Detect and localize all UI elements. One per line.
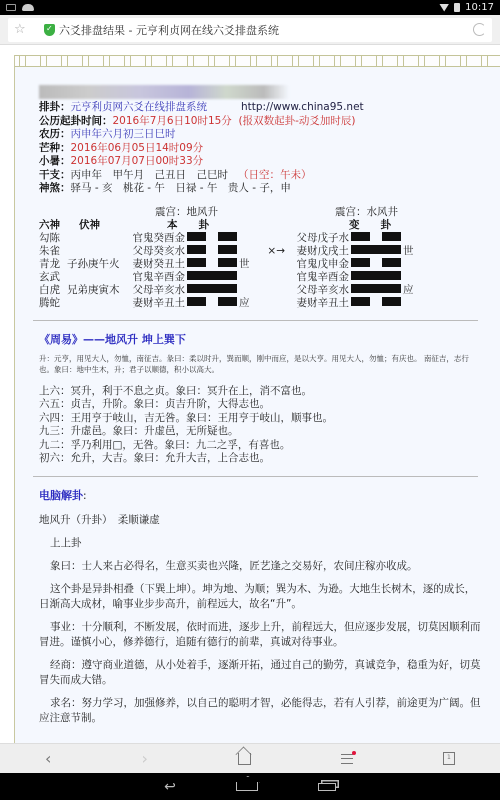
bian-yao: 妻财戊戌土 (285, 245, 349, 258)
jiegua-section: 地风升（升卦） 柔顺谦虚 上上卦 象曰：士人来占必得名，生意买卖也兴隆，匠艺逢之… (39, 513, 484, 726)
liushen: 白虎 (39, 284, 67, 297)
ben-yao: 妻财癸丑土 (127, 258, 185, 271)
moving-line-arrow (263, 297, 285, 310)
jiegua-heading: 电脑解卦: (39, 487, 486, 503)
yin-line-icon (187, 232, 237, 241)
hexagram-table: 震宫：地风升 震宫：水风井 六神 伏神 本 卦 变 卦 勾陈官鬼癸酉金父母戊子水… (39, 206, 486, 310)
battery-icon (454, 3, 460, 12)
jiegua-paragraph: 事业：十分顺利，不断发展，依时而进，逐步上升，前程远大，但应逐步发展，切莫因顺利… (39, 620, 484, 650)
yin-line-icon (187, 245, 237, 254)
hexagram-line-row: 腾蛇妻财辛丑土应妻财辛丑土 (39, 297, 486, 310)
shi-ying-mark (237, 284, 263, 297)
bookmark-star-icon[interactable]: ☆ (14, 22, 34, 37)
yin-line-icon (351, 232, 401, 241)
forward-button[interactable]: › (141, 749, 147, 768)
yao-line: 九三：升虚邑。象曰：升虚邑，无所疑也。 (39, 425, 486, 439)
content: 排卦：元亨利贞网六爻在线排盘系统http://www.china95.net 公… (39, 85, 486, 734)
back-button[interactable]: ‹ (45, 749, 51, 768)
paigua-row: 排卦：元亨利贞网六爻在线排盘系统http://www.china95.net (39, 101, 486, 115)
liushen: 朱雀 (39, 245, 67, 258)
jiegua-paragraph: 象曰：士人来占必得名，生意买卖也兴隆，匠艺逢之交易好，农间庄稼亦收成。 (39, 559, 484, 574)
bian-yao: 官鬼辛酉金 (285, 271, 349, 284)
shi-ying-mark: 世 (237, 258, 263, 271)
ganzhi-row: 干支：丙申年 甲午月 己丑日 己巳时 （日空：午未） (39, 169, 486, 183)
reload-icon[interactable] (473, 23, 486, 36)
fushen: 子孙庚午火 (67, 258, 127, 271)
bian-yao: 父母辛亥水 (285, 284, 349, 297)
status-bar: 10:17 (0, 0, 500, 15)
gongli-note: (报双数起卦-动爻加时辰) (239, 115, 356, 127)
fret-border (15, 55, 500, 67)
jiegua-paragraph: 求名：努力学习，加强修养，以自己的聪明才智，必能得志，若有人引荐，前途更为广阔。… (39, 696, 484, 726)
shi-ying-mark (401, 297, 415, 310)
ben-yao: 官鬼癸酉金 (127, 232, 185, 245)
mangzhong-row: 芒种：2016年06月05日14时09分 (39, 142, 486, 156)
shi-ying-mark: 世 (401, 245, 415, 258)
shi-ying-mark (401, 258, 415, 271)
shi-ying-mark: 应 (401, 284, 415, 297)
tabs-icon[interactable]: 1 (443, 752, 455, 765)
fushen (67, 245, 127, 258)
nongli-row: 农历：丙申年六月初三日巳时 (39, 128, 486, 142)
shi-ying-mark (237, 271, 263, 284)
yao-line: 六四：王用亨于岐山，吉无咎。象曰：王用亨于岐山，顺事也。 (39, 412, 486, 426)
hexagram-line-row: 朱雀父母癸亥水×→妻财戊戌土世 (39, 245, 486, 258)
fushen (67, 232, 127, 245)
fushen: 兄弟庚寅木 (67, 284, 127, 297)
shensha-row: 神煞：驿马 - 亥 桃花 - 午 日禄 - 午 贵人 - 子，申 (39, 182, 486, 196)
clock: 10:17 (465, 2, 494, 13)
shi-ying-mark (237, 232, 263, 245)
url-field[interactable]: ☆ 六爻排盘结果 - 元亨利贞网在线六爻排盘系统 (8, 18, 492, 42)
ben-yao: 父母癸亥水 (127, 245, 185, 258)
moving-line-arrow (263, 271, 285, 284)
yin-line-icon (351, 258, 401, 267)
notification-icon (6, 4, 16, 11)
yao-line: 上六：冥升，利于不息之贞。象曰：冥升在上，消不富也。 (39, 385, 486, 399)
shi-ying-mark (401, 271, 415, 284)
android-nav-bar: ↩ (0, 773, 500, 800)
rikong: （日空：午未） (238, 169, 312, 181)
yao-line: 九二：孚乃利用□，无咎。象曰：九二之孚，有喜也。 (39, 439, 486, 453)
browser-toolbar: ‹ › 1 (0, 743, 500, 773)
zhouyi-summary: 升：元亨，用见大人，勿恤，南征吉。彖曰：柔以时升，巽而顺，刚中而应，是以大亨。用… (39, 353, 479, 375)
fushen (67, 297, 127, 310)
yao-line: 初六：允升，大吉。象曰：允升大吉，上合志也。 (39, 452, 486, 466)
yang-line-icon (187, 284, 237, 293)
yang-line-icon (351, 245, 401, 254)
content-frame: 排卦：元亨利贞网六爻在线排盘系统http://www.china95.net 公… (14, 55, 500, 743)
hexagram-line-row: 青龙子孙庚午火妻财癸丑土世官鬼戊申金 (39, 258, 486, 271)
ben-yao: 父母辛亥水 (127, 284, 185, 297)
yao-list: 上六：冥升，利于不息之贞。象曰：冥升在上，消不富也。 六五：贞吉，升阶。象曰：贞… (39, 385, 486, 466)
gongli-row: 公历起卦时间：2016年7月6日10时15分 (报双数起卦-动爻加时辰) (39, 115, 486, 129)
menu-icon[interactable] (341, 754, 353, 764)
home-icon[interactable] (238, 753, 251, 765)
yin-line-icon (187, 297, 237, 306)
divider (33, 476, 478, 477)
fushen (67, 271, 127, 284)
jiegua-paragraph: 经商：遵守商业道德，从小处着手，逐渐开拓，通过自己的勤劳，真诚竞争，稳重为好，切… (39, 658, 484, 688)
jiegua-name: 地风升（升卦） 柔顺谦虚 (39, 513, 484, 528)
wifi-icon (439, 4, 449, 12)
hexagram-line-row: 玄武官鬼辛酉金官鬼辛酉金 (39, 271, 486, 284)
yang-line-icon (351, 284, 401, 293)
moving-line-arrow: ×→ (263, 245, 285, 258)
jiegua-paragraph: 这个卦是异卦相叠（下巽上坤）。坤为地、为顺；巽为木、为逊。大地生长树木，逐的成长… (39, 582, 484, 612)
liushen: 玄武 (39, 271, 67, 284)
android-recents-icon[interactable] (318, 783, 336, 791)
liushen: 勾陈 (39, 232, 67, 245)
bian-yao: 官鬼戊申金 (285, 258, 349, 271)
liushen: 青龙 (39, 258, 67, 271)
shi-ying-mark (401, 232, 415, 245)
zhouyi-title: 《周易》——地风升 坤上巽下 (39, 331, 486, 347)
moving-line-arrow (263, 284, 285, 297)
bian-yao: 父母戊子水 (285, 232, 349, 245)
paigua-system-link[interactable]: 元亨利贞网六爻在线排盘系统 (71, 101, 208, 113)
yang-line-icon (351, 271, 401, 280)
ben-yao: 官鬼辛酉金 (127, 271, 185, 284)
moving-line-arrow (263, 258, 285, 271)
moving-line-arrow (263, 232, 285, 245)
cloud-icon (22, 4, 34, 11)
shi-ying-mark: 应 (237, 297, 263, 310)
divider (33, 320, 478, 321)
yin-line-icon (351, 297, 401, 306)
yin-line-icon (187, 258, 237, 267)
web-page: 排卦：元亨利贞网六爻在线排盘系统http://www.china95.net 公… (0, 45, 500, 743)
shi-ying-mark (237, 245, 263, 258)
address-bar: ☆ 六爻排盘结果 - 元亨利贞网在线六爻排盘系统 (0, 15, 500, 45)
page-title: 六爻排盘结果 - 元亨利贞网在线六爻排盘系统 (59, 22, 279, 38)
security-shield-icon (44, 24, 55, 36)
ben-palace: 震宫：地风升 (155, 206, 335, 219)
jiegua-grade: 上上卦 (39, 536, 484, 551)
liushen: 腾蛇 (39, 297, 67, 310)
hexagram-line-row: 白虎兄弟庚寅木父母辛亥水父母辛亥水应 (39, 284, 486, 297)
ben-yao: 妻财辛丑土 (127, 297, 185, 310)
android-back-icon[interactable]: ↩ (164, 779, 176, 795)
hexagram-line-row: 勾陈官鬼癸酉金父母戊子水 (39, 232, 486, 245)
bian-yao: 妻财辛丑土 (285, 297, 349, 310)
xiaoshu-row: 小暑：2016年07月07日00时33分 (39, 155, 486, 169)
blurred-banner (39, 85, 289, 99)
site-url-link[interactable]: http://www.china95.net (241, 101, 364, 113)
android-home-icon[interactable] (236, 782, 258, 791)
yang-line-icon (187, 271, 237, 280)
yao-line: 六五：贞吉，升阶。象曰：贞吉升阶，大得志也。 (39, 398, 486, 412)
bian-palace: 震宫：水风井 (335, 206, 398, 219)
